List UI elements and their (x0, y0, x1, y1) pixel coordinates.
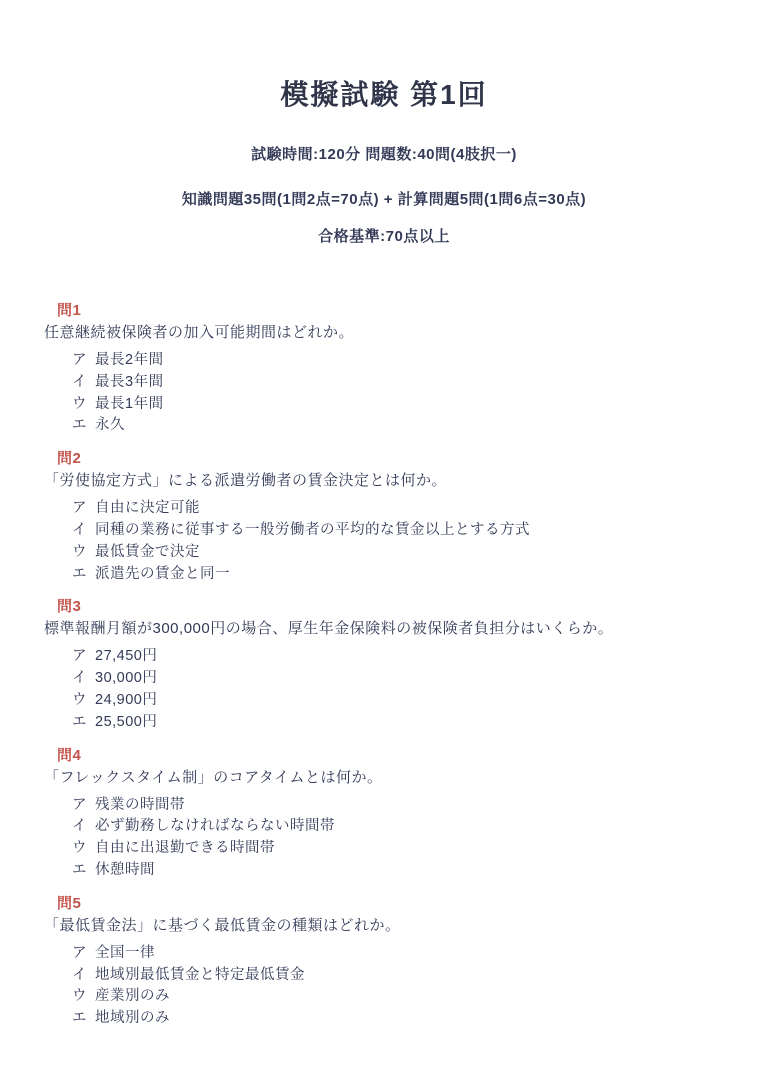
option-row: イ 地域別最低賃金と特定最低賃金 (44, 965, 728, 987)
question-text: 標準報酬月額が300,000円の場合、厚生年金保険料の被保険者負担分はいくらか。 (44, 618, 728, 640)
option-row: ア 最長2年間 (44, 350, 728, 372)
option-letter: ウ (72, 838, 95, 860)
option-letter: エ (72, 860, 95, 882)
page-title: 模擬試験 第1回 (0, 78, 768, 112)
option-text: 最長3年間 (95, 372, 728, 394)
option-row: ア 27,450円 (44, 646, 728, 668)
option-row: イ 同種の業務に従事する一般労働者の平均的な賃金以上とする方式 (44, 520, 728, 542)
option-text: 必ず勤務しなければならない時間帯 (95, 816, 728, 838)
exam-meta-time: 試験時間:120分 問題数:40問(4肢択一) (0, 145, 768, 165)
option-text: 自由に決定可能 (95, 498, 728, 520)
exam-document-page: 模擬試験 第1回 試験時間:120分 問題数:40問(4肢択一) 知識問題35問… (0, 0, 768, 1080)
option-text: 派遣先の賃金と同一 (95, 564, 728, 586)
option-text: 全国一律 (95, 943, 728, 965)
option-letter: エ (72, 1008, 95, 1030)
question-text: 任意継続被保険者の加入可能期間はどれか。 (44, 322, 728, 344)
option-row: ア 全国一律 (44, 943, 728, 965)
option-letter: ウ (72, 542, 95, 564)
option-text: 24,900円 (95, 690, 728, 712)
option-text: 30,000円 (95, 668, 728, 690)
option-text: 永久 (95, 415, 728, 437)
option-row: ウ 最長1年間 (44, 394, 728, 416)
option-text: 産業別のみ (95, 986, 728, 1008)
question-block-5: 問5 「最低賃金法」に基づく最低賃金の種類はどれか。 ア 全国一律 イ 地域別最… (44, 893, 728, 1030)
option-text: 休憩時間 (95, 860, 728, 882)
option-row: イ 最長3年間 (44, 372, 728, 394)
question-block-2: 問2 「労使協定方式」による派遣労働者の賃金決定とは何か。 ア 自由に決定可能 … (44, 448, 728, 585)
option-letter: エ (72, 712, 95, 734)
option-row: ウ 最低賃金で決定 (44, 542, 728, 564)
option-text: 最低賃金で決定 (95, 542, 728, 564)
question-block-3: 問3 標準報酬月額が300,000円の場合、厚生年金保険料の被保険者負担分はいく… (44, 596, 728, 733)
option-letter: イ (72, 372, 95, 394)
option-letter: ア (72, 943, 95, 965)
option-letter: ア (72, 646, 95, 668)
option-letter: イ (72, 668, 95, 690)
question-block-1: 問1 任意継続被保険者の加入可能期間はどれか。 ア 最長2年間 イ 最長3年間 … (44, 300, 728, 437)
option-row: ウ 24,900円 (44, 690, 728, 712)
option-row: エ 永久 (44, 415, 728, 437)
option-letter: ウ (72, 394, 95, 416)
option-row: ウ 自由に出退勤できる時間帯 (44, 838, 728, 860)
question-label: 問3 (57, 596, 728, 618)
option-letter: ア (72, 795, 95, 817)
option-text: 最長1年間 (95, 394, 728, 416)
option-letter: イ (72, 816, 95, 838)
option-text: 地域別最低賃金と特定最低賃金 (95, 965, 728, 987)
option-letter: イ (72, 520, 95, 542)
option-text: 自由に出退勤できる時間帯 (95, 838, 728, 860)
question-label: 問5 (57, 893, 728, 915)
option-letter: エ (72, 415, 95, 437)
question-label: 問1 (57, 300, 728, 322)
question-text: 「労使協定方式」による派遣労働者の賃金決定とは何か。 (44, 470, 728, 492)
question-label: 問2 (57, 448, 728, 470)
question-label: 問4 (57, 745, 728, 767)
option-row: エ 地域別のみ (44, 1008, 728, 1030)
option-text: 同種の業務に従事する一般労働者の平均的な賃金以上とする方式 (95, 520, 728, 542)
option-letter: ウ (72, 986, 95, 1008)
exam-header: 模擬試験 第1回 試験時間:120分 問題数:40問(4肢択一) 知識問題35問… (0, 0, 768, 247)
option-row: イ 30,000円 (44, 668, 728, 690)
question-block-4: 問4 「フレックスタイム制」のコアタイムとは何か。 ア 残業の時間帯 イ 必ず勤… (44, 745, 728, 882)
option-row: ア 自由に決定可能 (44, 498, 728, 520)
option-letter: ア (72, 350, 95, 372)
option-row: エ 休憩時間 (44, 860, 728, 882)
exam-meta-scoring: 知識問題35問(1問2点=70点) + 計算問題5問(1問6点=30点) (0, 190, 768, 210)
option-row: エ 25,500円 (44, 712, 728, 734)
option-text: 地域別のみ (95, 1008, 728, 1030)
option-text: 残業の時間帯 (95, 795, 728, 817)
option-text: 27,450円 (95, 646, 728, 668)
option-letter: ウ (72, 690, 95, 712)
option-letter: エ (72, 564, 95, 586)
option-row: エ 派遣先の賃金と同一 (44, 564, 728, 586)
question-list: 問1 任意継続被保険者の加入可能期間はどれか。 ア 最長2年間 イ 最長3年間 … (0, 300, 768, 1030)
option-letter: イ (72, 965, 95, 987)
option-text: 最長2年間 (95, 350, 728, 372)
option-row: イ 必ず勤務しなければならない時間帯 (44, 816, 728, 838)
question-text: 「最低賃金法」に基づく最低賃金の種類はどれか。 (44, 915, 728, 937)
option-row: ウ 産業別のみ (44, 986, 728, 1008)
exam-meta-pass-criteria: 合格基準:70点以上 (0, 227, 768, 247)
option-letter: ア (72, 498, 95, 520)
option-text: 25,500円 (95, 712, 728, 734)
question-text: 「フレックスタイム制」のコアタイムとは何か。 (44, 767, 728, 789)
option-row: ア 残業の時間帯 (44, 795, 728, 817)
